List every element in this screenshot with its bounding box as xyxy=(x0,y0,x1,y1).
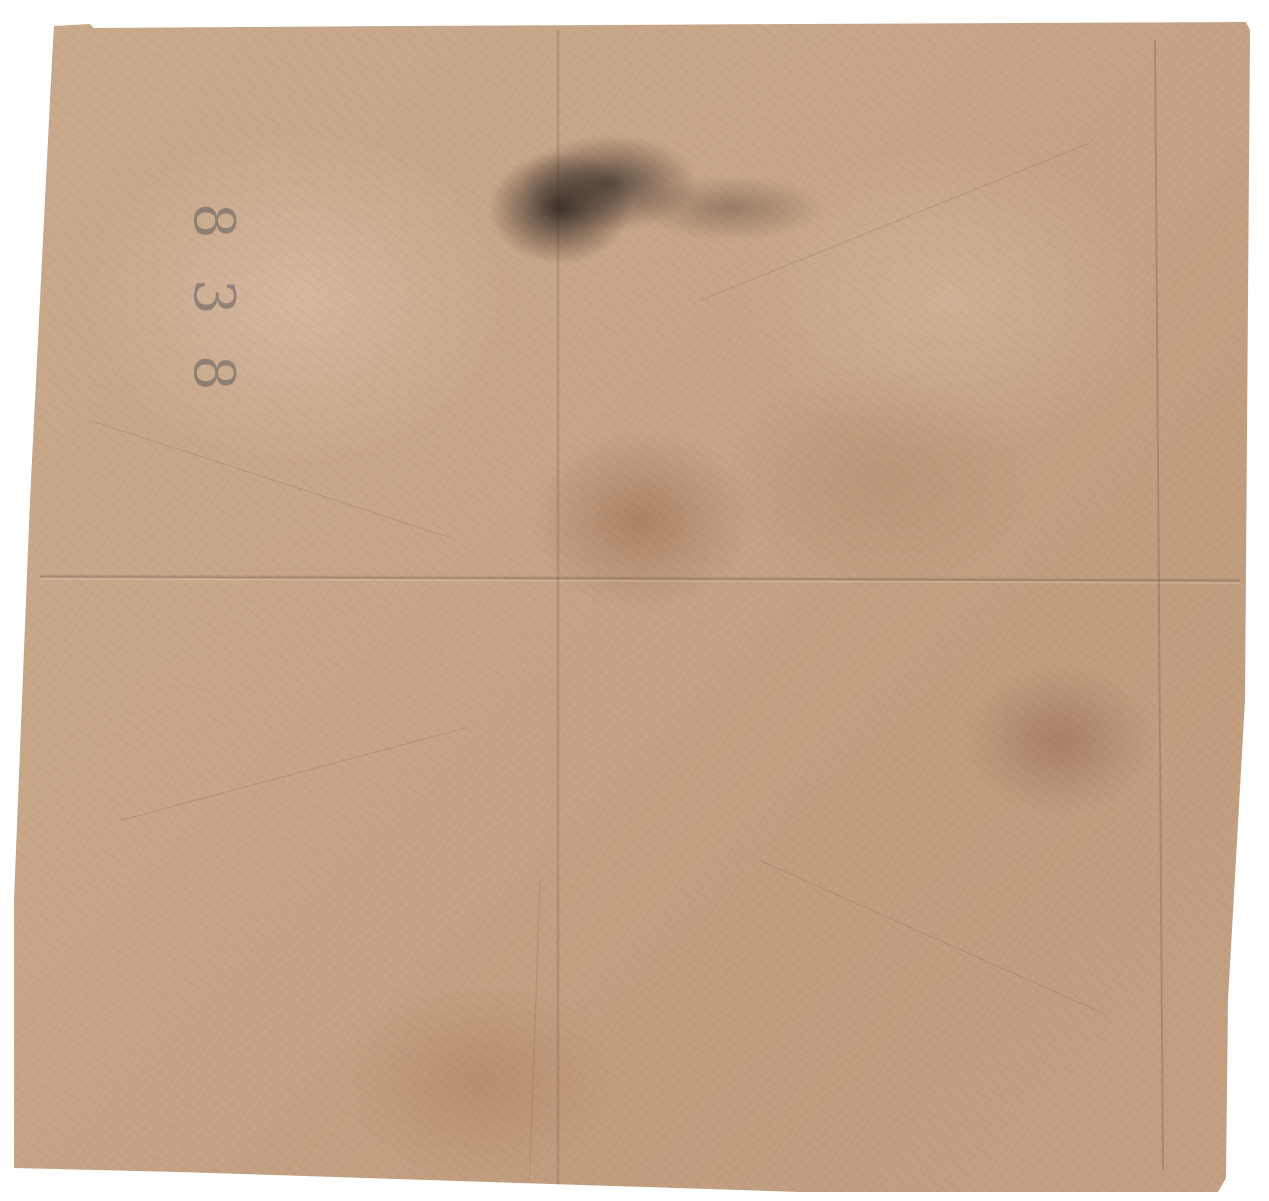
pencil-mark: 8 xyxy=(185,355,241,445)
crease xyxy=(529,880,540,1180)
crease xyxy=(120,727,468,821)
printed-border-line xyxy=(1154,40,1164,1170)
pencil-notation: 8 3 8 xyxy=(168,220,258,560)
aged-paper-sheet: 8 3 8 xyxy=(0,0,1269,1201)
crease xyxy=(90,420,452,538)
horizontal-fold-line xyxy=(40,574,1240,584)
crease xyxy=(760,860,1108,1015)
ink-smudge xyxy=(470,128,870,288)
